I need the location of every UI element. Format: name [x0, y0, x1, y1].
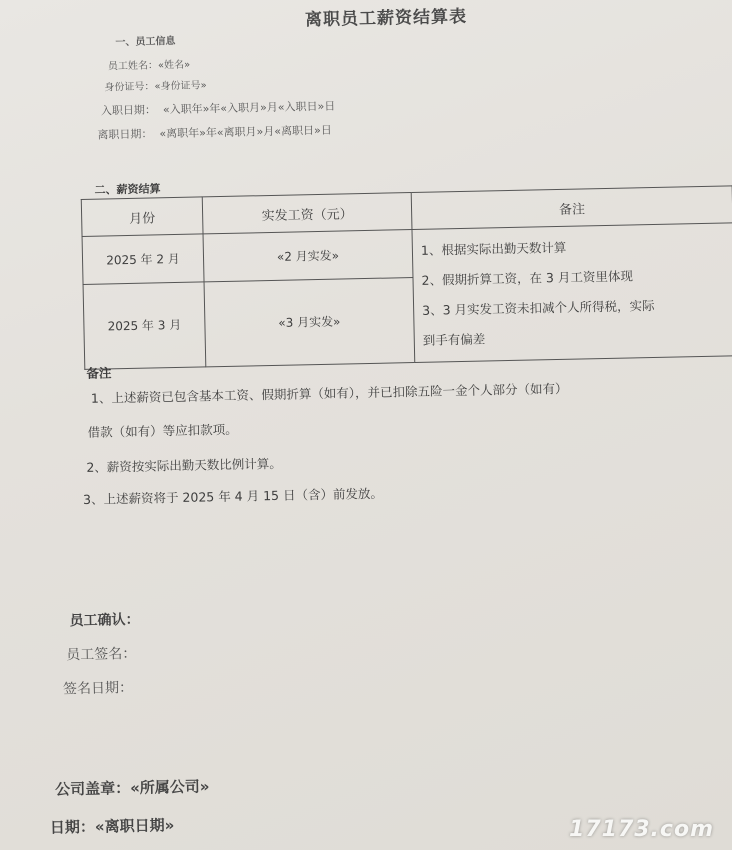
field-label: 入职日期： [101, 103, 156, 117]
employee-signature-label: 员工签名： [66, 643, 136, 664]
note-item: 1、上述薪资已包含基本工资、假期折算（如有），并已扣除五险一金个人部分（如有） [91, 379, 568, 407]
company-date: 日期：«离职日期» [50, 814, 175, 838]
notes-heading: 备注 [86, 363, 111, 382]
cell-pay: «3 月实发» [204, 277, 415, 367]
document-page: 离职员工薪资结算表 一、员工信息 员工姓名：«姓名» 身份证号：«身份证号» 入… [0, 0, 732, 850]
cell-month: 2025 年 3 月 [83, 282, 206, 370]
note-item: 3、上述薪资将于 2025 年 4 月 15 日（含）前发放。 [83, 484, 383, 508]
field-id-number: 身份证号：«身份证号» [104, 76, 207, 93]
section-salary-heading: 二、薪资结算 [94, 180, 160, 197]
field-value: «姓名» [158, 60, 190, 72]
field-value: «入职年»年«入职月»月«入职日»日 [163, 100, 336, 117]
field-employee-name: 员工姓名：«姓名» [108, 56, 191, 73]
remark-line: 到手有偏差 [422, 319, 727, 355]
field-leave-date: 离职日期： «离职年»年«离职月»月«离职日»日 [97, 122, 332, 143]
field-label: 员工姓名： [108, 60, 158, 72]
watermark: 17173.com [569, 817, 714, 842]
field-label: 身份证号： [104, 81, 154, 93]
employee-confirmation-heading: 员工确认： [69, 609, 139, 630]
document-title: 离职员工薪资结算表 [305, 2, 467, 30]
field-value: «离职年»年«离职月»月«离职日»日 [159, 124, 332, 141]
cell-month: 2025 年 2 月 [82, 234, 204, 284]
field-label: 离职日期： [97, 127, 152, 141]
salary-table: 月份 实发工资（元） 备注 2025 年 2 月 «2 月实发» 1、根据实际出… [81, 185, 732, 370]
section-employee-info-heading: 一、员工信息 [115, 32, 175, 48]
field-value: «身份证号» [154, 80, 206, 92]
header-pay: 实发工资（元） [202, 193, 412, 234]
header-month: 月份 [81, 197, 203, 237]
note-item: 2、薪资按实际出勤天数比例计算。 [86, 454, 282, 476]
cell-pay: «2 月实发» [203, 230, 413, 282]
signature-date-label: 签名日期： [63, 677, 133, 698]
note-item: 借款（如有）等应扣款项。 [87, 420, 237, 441]
company-stamp: 公司盖章：«所属公司» [55, 775, 210, 799]
cell-remarks: 1、根据实际出勤天数计算 2、假期折算工资，在 3 月工资里体现 3、3 月实发… [412, 223, 732, 363]
field-hire-date: 入职日期： «入职年»年«入职月»月«入职日»日 [101, 98, 336, 119]
